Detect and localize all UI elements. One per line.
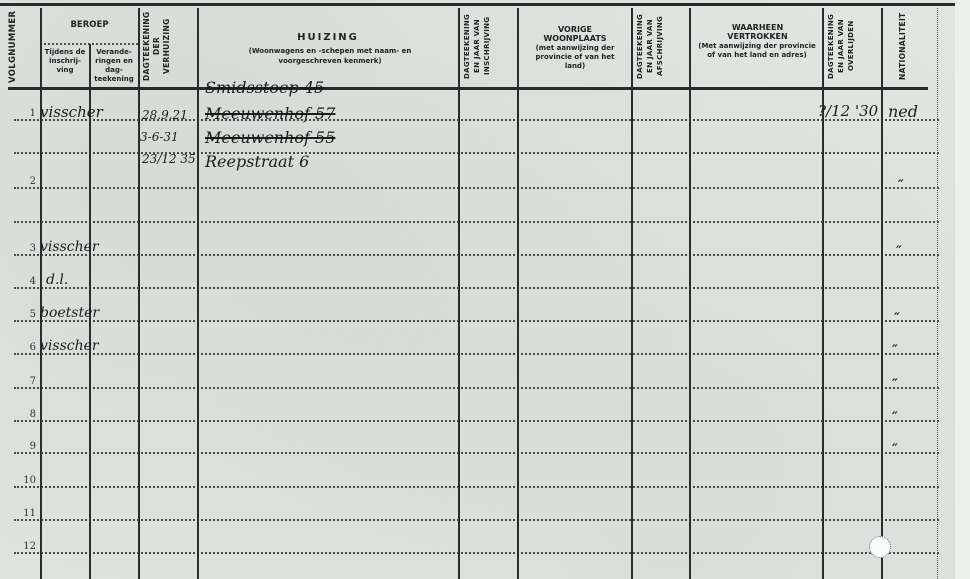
row-line-6 <box>14 353 939 355</box>
row-number-11: 11 <box>6 508 36 519</box>
col-divider <box>822 8 824 579</box>
header-dagteekening-verhuizing: DAGTEEKENING DER VERHUIZING <box>142 8 192 84</box>
address-1: Smidsstoep 45 <box>205 78 324 97</box>
row-line-3 <box>14 254 939 256</box>
row-number-9: 9 <box>6 441 36 452</box>
header-beroep-veranderingen: Verande-ringen en dag-teekening <box>91 48 137 84</box>
header-vorige-sub: (met aanwijzing der provincie of van het… <box>525 44 625 71</box>
row-number-10: 10 <box>6 475 36 486</box>
header-dagteekening-afschrijving: DAGTEEKENING EN JAAR VAN AFSCHRIJVING <box>635 8 687 84</box>
ditto-row-2: ″ <box>898 178 904 193</box>
header-waarheen-title: WAARHEEN VERTROKKEN <box>715 23 800 41</box>
header-vorige-title: VORIGE WOONPLAATS <box>530 25 620 43</box>
row-number-4: 4 <box>6 276 36 287</box>
ditto-row-9: ″ <box>892 442 898 457</box>
header-beroep-tijdens: Tijdens de inschrij-ving <box>42 48 88 75</box>
col-divider <box>881 8 883 579</box>
row-line-2b <box>14 221 939 223</box>
row-line-9 <box>14 452 939 454</box>
row-line-5 <box>14 320 939 322</box>
col-divider <box>40 8 42 579</box>
beroep-row-6: visscher <box>40 338 99 354</box>
row-line-8 <box>14 420 939 422</box>
row-number-3: 3 <box>6 243 36 254</box>
move-date-3: 3-6-31 <box>140 130 179 144</box>
beroep-row-4: d.l. <box>46 272 68 288</box>
move-date-4: 23/12 35 <box>142 152 196 166</box>
row-line-11 <box>14 519 939 521</box>
beroep-row-3: visscher <box>40 239 99 255</box>
row-number-5: 5 <box>6 309 36 320</box>
col-divider <box>197 8 199 579</box>
header-beroep: BEROEP <box>42 20 137 30</box>
register-card: VOLGNUMMER BEROEP Tijdens de inschrij-vi… <box>0 0 970 579</box>
col-divider <box>138 8 140 579</box>
header-dagteekening-overlijden: DAGTEEKENING EN JAAR VAN OVERLIJDEN <box>826 8 878 84</box>
row-number-6: 6 <box>6 342 36 353</box>
beroep-row-1: visscher <box>40 103 103 121</box>
row-line-7 <box>14 387 939 389</box>
address-2: Meeuwenhof 57 <box>205 104 335 123</box>
header-waarheen-sub: (Met aanwijzing der provincie of van het… <box>695 42 819 60</box>
ditto-row-8: ″ <box>892 410 898 425</box>
top-border <box>0 3 955 6</box>
header-volgnummer: VOLGNUMMER <box>8 10 34 84</box>
ditto-row-3: ″ <box>896 244 902 259</box>
address-4: Reepstraat 6 <box>205 152 309 171</box>
beroep-row-5: boetster <box>40 305 99 321</box>
right-border <box>937 8 938 579</box>
row-line-2 <box>14 187 939 189</box>
row-number-7: 7 <box>6 376 36 387</box>
row-line-10 <box>14 486 939 488</box>
row-number-1: 1 <box>6 108 36 119</box>
ditto-row-7: ″ <box>892 377 898 392</box>
punch-hole <box>869 536 891 558</box>
row-line-12 <box>14 552 939 554</box>
col-divider <box>689 8 691 579</box>
header-huizing-title: HUIZING <box>200 32 456 43</box>
header-huizing-sub: (Woonwagens en -schepen met naam- en voo… <box>230 46 430 66</box>
header-dagteekening-inschrijving: DAGTEEKENING EN JAAR VAN INSCHRIJVING <box>462 8 514 84</box>
col-divider <box>631 8 633 579</box>
nationaliteit-row-1: ned <box>888 102 918 121</box>
ditto-row-6: ″ <box>892 343 898 358</box>
col-divider <box>458 8 460 579</box>
overlijden-row-1: ?/12 '30 <box>818 102 878 120</box>
address-3: Meeuwenhof 55 <box>205 128 335 147</box>
col-divider <box>517 8 519 579</box>
ditto-row-5: ″ <box>894 311 900 326</box>
move-date-2: 28.9.21 <box>142 108 188 122</box>
row-line-4 <box>14 287 939 289</box>
header-bottom-border <box>8 87 928 90</box>
card-edge <box>955 0 970 579</box>
header-nationaliteit: NATIONALITEIT <box>898 8 922 84</box>
row-number-8: 8 <box>6 409 36 420</box>
row-number-2: 2 <box>6 176 36 187</box>
row-number-12: 12 <box>6 541 36 552</box>
